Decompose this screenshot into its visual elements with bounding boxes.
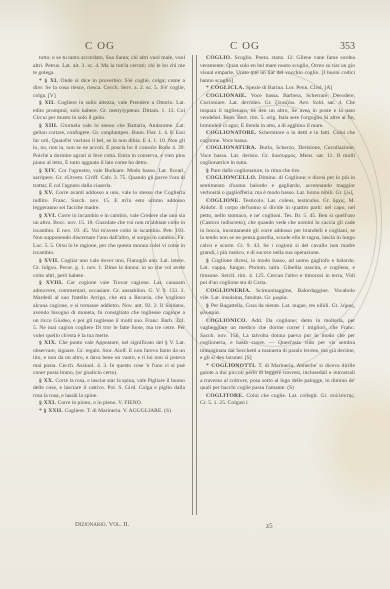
entry-text: Add. Da coglione; detto in molteria, per…: [200, 318, 355, 362]
dictionary-entry: § XVII. Cogliar uno vale dover uno, Fian…: [33, 258, 185, 281]
dictionary-entry: § XVIII. Cor cogione vale Trovar cagione…: [33, 280, 185, 340]
entry-text: Corre in incambio e in cambio, vale Cred…: [33, 213, 185, 257]
dictionary-entry: § XIX. Che punto vale Appostare, nel sig…: [33, 340, 185, 378]
signature-mark: z5: [266, 522, 273, 530]
dictionary-entry: COGLITORE. Colui che coglie. Lat. colleg…: [200, 393, 355, 408]
page-number: 353: [340, 41, 355, 52]
dictionary-entry: * § XI. Onde si dice in proverbio: S'ei …: [33, 78, 185, 101]
dictionary-entry: COGLIONATURA. Burla, Scherzo, Derisione,…: [200, 145, 355, 168]
dictionary-entry: * COGLIONOTTI. T. di Marineria. Anneche'…: [200, 363, 355, 393]
dictionary-entry: COGLIONAIE. Voce bassa. Barbera, Scherra…: [200, 93, 355, 131]
entry-headword: § XIX.: [39, 340, 59, 346]
entry-headword: § XVI.: [39, 213, 58, 219]
dictionary-entry: COGLIONE. Testicolo. Lat. coleus, testic…: [200, 198, 355, 258]
entry-headword: COGLIONATURA.: [206, 145, 259, 151]
entry-headword: § XXI.: [39, 400, 58, 406]
entry-headword: § XVIII.: [39, 280, 67, 286]
entry-text: Corre in piono, o in pieno. V. FIENO.: [58, 400, 142, 406]
dictionary-entry: § XIV. Cor l'ugreatto, vale Buduare. Mod…: [33, 168, 185, 191]
entry-text: Corre la rosa, e lasciar star la spina, …: [33, 378, 185, 399]
entry-headword: COGLIO.: [206, 55, 234, 61]
running-head-right: C OG: [230, 40, 260, 52]
entry-headword: § XIII.: [39, 123, 60, 129]
column-divider: [192, 55, 197, 515]
entry-headword: § XII.: [39, 100, 58, 106]
entry-text: Per Bagattella, Cosa da niente. Lat. nug…: [200, 303, 355, 317]
dictionary-entry: § XXI. Corre in piono, o in pieno. V. FI…: [33, 400, 185, 408]
entry-text: Cor cogione vale Trovar cagione. Lat. ca…: [33, 280, 185, 339]
dictionary-entry: COGLIONICO. Add. Da coglione; detto in m…: [200, 318, 355, 363]
dictionary-entry: § Per Bagattella, Cosa da niente. Lat. n…: [200, 303, 355, 318]
entry-headword: COGLIONATORE.: [206, 130, 259, 136]
entry-headword: COGLIONICO.: [206, 318, 251, 324]
dictionary-entry: § XII. Cogliere in sullo altezza, vale P…: [33, 100, 185, 123]
entry-text: Cogliere. T. di Marineria. V. AGUGLIARE.…: [65, 408, 171, 414]
dictionary-entry: COGLIONATORE. Schernitore o in detti e i…: [200, 130, 355, 145]
entry-text: Pare dalle coglionature, in rima che tir…: [211, 168, 301, 174]
left-column: tutto: e se tu tanto accordato, Sua Sant…: [33, 55, 185, 415]
dictionary-entry: § XX. Corre la rosa, e lasciar star la s…: [33, 378, 185, 401]
entry-headword: * COGLIONOTTI.: [206, 363, 258, 369]
entry-text: tutto: e se tu tanto accordato, Sua Sant…: [33, 55, 185, 76]
entry-headword: * § XI.: [39, 78, 61, 84]
right-column: COGLIO. Scoglio. Poeta. stanz. 12. Glien…: [200, 55, 355, 408]
entry-headword: * COGLICLA.: [206, 85, 246, 91]
dictionary-entry: COGLIO. Scoglio. Poeta. stanz. 12. Glien…: [200, 55, 355, 85]
entry-headword: COGLIONE.: [206, 198, 243, 204]
entry-headword: COGLIONERIA.: [206, 288, 256, 294]
entry-headword: § XV.: [39, 190, 56, 196]
entry-headword: § XX.: [39, 378, 55, 384]
dictionary-entry: § XVI. Corre in incambio e in cambio, va…: [33, 213, 185, 258]
dictionary-entry: § XIII. Giornela vale lo stesso che Batt…: [33, 123, 185, 168]
dictionary-entry: COGLIONCELLO. Diminu. di Coglione; e dic…: [200, 175, 355, 198]
entry-headword: § XVII.: [39, 258, 61, 264]
dictionary-entry: * COGLICLA. Spezie di Barina. Lor. Penn.…: [200, 85, 355, 93]
entry-text: Giornela vale lo stesso che Battaria, An…: [33, 123, 185, 167]
dictionary-entry: § XV. Corre avanti addosso a uno, vale l…: [33, 190, 185, 213]
dictionary-entry: § Coglione dicesi, in modo basso, ad uom…: [200, 258, 355, 288]
dictionary-entry: COGLIONERIA. Scimunitaggine, Balordaggin…: [200, 288, 355, 303]
entry-text: Coglione dicesi, in modo basso, ad uomo …: [200, 258, 355, 287]
entry-headword: COGLIONCELLO.: [206, 175, 258, 181]
entry-text: Corre avanti addosso a uno, vale lo stes…: [33, 190, 185, 211]
dictionary-entry: * § XXII. Cogliere. T. di Marineria. V. …: [33, 408, 185, 416]
entry-headword: COGLIONAIE.: [206, 93, 251, 99]
entry-text: Testicolo. Lat. coleus, testiculus. Gr. …: [200, 198, 355, 257]
entry-headword: * § XXII.: [39, 408, 65, 414]
entry-headword: COGLITORE.: [206, 393, 246, 399]
running-head-left: C OG: [85, 40, 115, 52]
footer-signature-line: Dizionario. Vol. II.: [75, 521, 129, 528]
entry-text: Spezie di Barina. Lor. Penn. Cirol. [A]: [246, 85, 332, 91]
dictionary-entry: § Pare dalle coglionature, in rima che t…: [200, 168, 355, 176]
dictionary-entry: tutto: e se tu tanto accordato, Sua Sant…: [33, 55, 185, 78]
entry-headword: § XIV.: [39, 168, 58, 174]
